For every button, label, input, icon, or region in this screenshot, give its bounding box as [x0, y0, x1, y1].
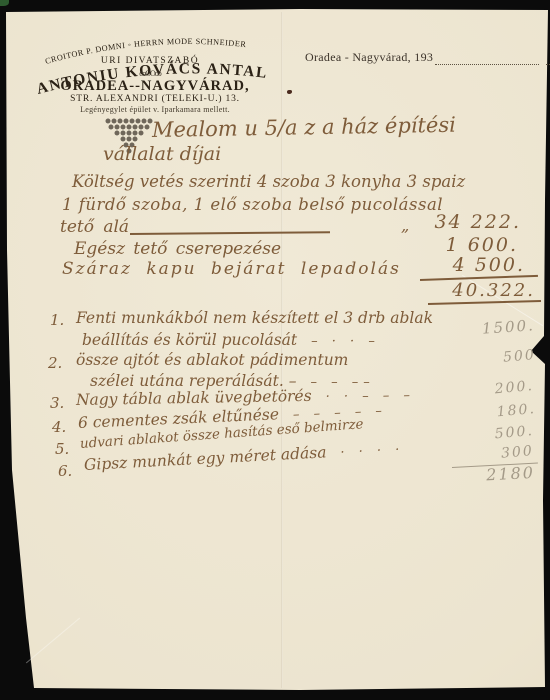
estimate-row1: Költség vetés szerinti 4 szoba 3 konyha … [72, 172, 465, 191]
item-1-line2: beállítás és körül pucolását [82, 331, 297, 349]
estimate-row4-text: Egész tető cserepezése [74, 239, 281, 259]
estimate-total: 40.322. [423, 280, 535, 301]
estimate-row5-text: Száraz kapu bejárat lepadolás [62, 259, 401, 279]
item-text: össze ajtót és ablakot pádimentum [76, 351, 348, 369]
letterhead-divider-ornament: ooOOoo [30, 69, 270, 78]
vertical-fold-line [281, 12, 283, 688]
item-number: 5. [55, 440, 69, 458]
date-dotted-line [546, 53, 550, 65]
item-2-line1: össze ajtót és ablakot pádimentum [76, 351, 348, 369]
item-number: 6. [58, 462, 72, 480]
estimate-row3-text: tető alá [60, 217, 129, 237]
item-1-dashes: – · · – [311, 334, 380, 349]
date-dotted-line [435, 53, 539, 65]
estimate-row5-amount: 4 500. [415, 254, 525, 276]
letterhead-address-note: Legényegylet épület v. Iparkamara mellet… [30, 105, 280, 114]
estimate-row3-amount: 34 222. [405, 211, 521, 233]
estimate-row2: 1 fürdő szoba, 1 elő szoba belső pucolás… [62, 195, 443, 214]
scan-artifact [0, 0, 9, 6]
item-1-line1: Fenti munkákból nem készített el 3 drb a… [76, 309, 433, 327]
item-number: 2. [48, 354, 62, 372]
item-text: Fenti munkákból nem készített el 3 drb a… [76, 309, 433, 327]
letterhead-subtitle: URI DIVATSZABÓ [30, 56, 270, 66]
letterhead-address: STR. ALEXANDRI (TELEKI-U.) 13. [30, 94, 280, 104]
item-number: 4. [52, 418, 66, 436]
handwritten-heading-line2: vállalat díjai [103, 143, 221, 165]
item-text: beállítás és körül pucolását– · · – [82, 331, 380, 349]
estimate-row4-amount: 1 600. [418, 234, 518, 256]
letterhead-city: ORADEA--NAGYVÁRAD, [30, 78, 280, 95]
item-number: 1. [50, 311, 64, 329]
dateline-text: Oradea - Nagyvárad, 193 [305, 50, 433, 64]
item-number: 3. [50, 394, 64, 412]
dateline: Oradea - Nagyvárad, 193 [305, 50, 550, 65]
